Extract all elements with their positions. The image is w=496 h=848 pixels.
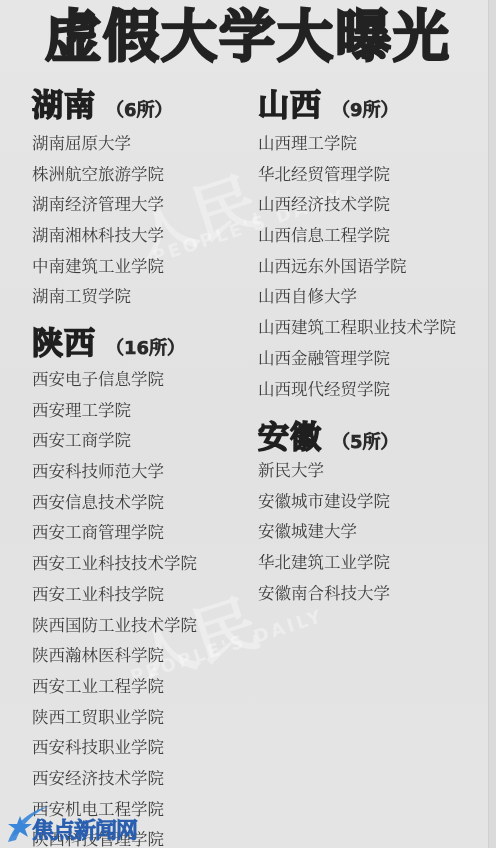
- list-item: 西安科技职业学院: [32, 733, 197, 764]
- logo-text: 焦点新闻网: [32, 814, 137, 845]
- list-item: 湖南湘林科技大学: [32, 221, 164, 252]
- list-item: 西安信息技术学院: [32, 488, 197, 519]
- list-shaanxi: 西安电子信息学院 西安理工学院 西安工商学院 西安科技师范大学 西安信息技术学院…: [32, 365, 197, 848]
- list-item: 山西现代经贸学院: [258, 375, 456, 406]
- list-item: 安徽南合科技大学: [258, 579, 390, 610]
- list-anhui: 新民大学 安徽城市建设学院 安徽城建大学 华北建筑工业学院 安徽南合科技大学: [258, 456, 390, 609]
- list-item: 陕西国防工业技术学院: [32, 611, 197, 642]
- section-header-anhui: 安徽 （5所）: [258, 420, 399, 461]
- list-item: 西安科技师范大学: [32, 457, 197, 488]
- section-name-hunan: 湖南: [32, 88, 96, 124]
- list-item: 西安电子信息学院: [32, 365, 197, 396]
- list-item: 湖南工贸学院: [32, 282, 164, 313]
- list-item: 山西理工学院: [258, 129, 456, 160]
- page-title: 虚假大学大曝光: [22, 4, 474, 72]
- list-item: 华北经贸管理学院: [258, 160, 456, 191]
- list-item: 西安工商学院: [32, 426, 197, 457]
- section-header-shaanxi: 陕西 （16所）: [32, 326, 185, 367]
- list-item: 陕西瀚林医科学院: [32, 641, 197, 672]
- site-logo: 焦点新闻网: [4, 800, 130, 848]
- section-header-shanxi: 山西 （9所）: [258, 88, 399, 129]
- list-item: 西安经济技术学院: [32, 764, 197, 795]
- section-count-shanxi: （9所）: [332, 93, 399, 129]
- list-item: 山西信息工程学院: [258, 221, 456, 252]
- list-hunan: 湖南屈原大学 株洲航空旅游学院 湖南经济管理大学 湖南湘林科技大学 中南建筑工业…: [32, 129, 164, 313]
- list-item: 安徽城市建设学院: [258, 487, 390, 518]
- list-shanxi: 山西理工学院 华北经贸管理学院 山西经济技术学院 山西信息工程学院 山西远东外国…: [258, 129, 456, 405]
- list-item: 山西建筑工程职业技术学院: [258, 313, 456, 344]
- section-count-hunan: （6所）: [106, 93, 173, 129]
- list-item: 西安工业科技技术学院: [32, 549, 197, 580]
- list-item: 山西自修大学: [258, 282, 456, 313]
- list-item: 湖南经济管理大学: [32, 190, 164, 221]
- list-item: 山西经济技术学院: [258, 190, 456, 221]
- section-header-hunan: 湖南 （6所）: [32, 88, 173, 129]
- list-item: 新民大学: [258, 456, 390, 487]
- list-item: 西安工商管理学院: [32, 518, 197, 549]
- list-item: 株洲航空旅游学院: [32, 160, 164, 191]
- list-item: 西安工业科技学院: [32, 580, 197, 611]
- poster-page: 人民 PEOPLE'S DAILY 人民 PEOPLE'S DAILY 虚假大学…: [0, 0, 496, 848]
- list-item: 西安理工学院: [32, 396, 197, 427]
- list-item: 陕西工贸职业学院: [32, 703, 197, 734]
- section-count-shaanxi: （16所）: [106, 331, 185, 367]
- list-item: 中南建筑工业学院: [32, 252, 164, 283]
- section-name-anhui: 安徽: [258, 420, 322, 456]
- list-item: 西安工业工程学院: [32, 672, 197, 703]
- list-item: 山西远东外国语学院: [258, 252, 456, 283]
- list-item: 华北建筑工业学院: [258, 548, 390, 579]
- list-item: 山西金融管理学院: [258, 344, 456, 375]
- right-edge-strip: [488, 0, 496, 848]
- list-item: 湖南屈原大学: [32, 129, 164, 160]
- section-name-shaanxi: 陕西: [32, 326, 96, 362]
- section-name-shanxi: 山西: [258, 88, 322, 124]
- list-item: 安徽城建大学: [258, 517, 390, 548]
